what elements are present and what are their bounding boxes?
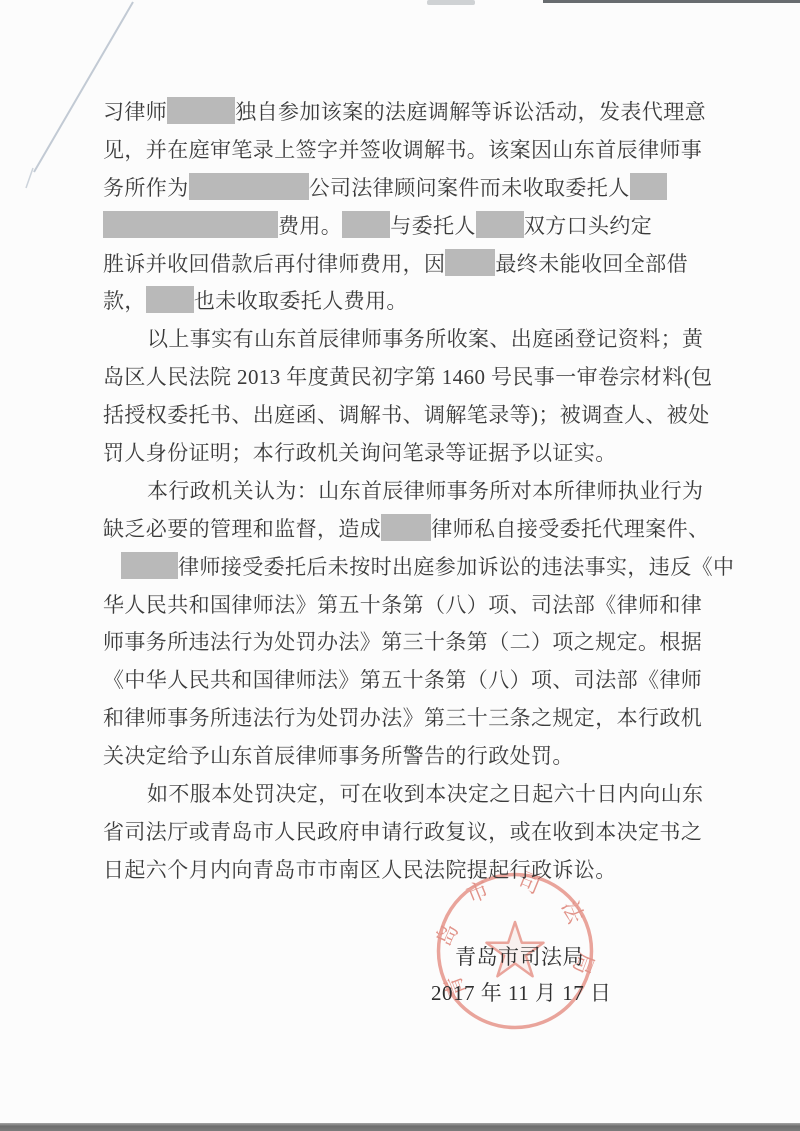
- text-line: 关决定给予山东首辰律师事务所警告的行政处罚。: [103, 738, 715, 776]
- text-segment: 括授权委托书、出庭函、调解书、调解笔录等)；被调查人、被处: [103, 403, 710, 427]
- text-segment: 独自参加该案的法庭调解等诉讼活动，发表代理意: [235, 100, 706, 124]
- text-segment: 费用。: [278, 214, 342, 238]
- text-segment: 日起六个月内向青岛市市南区人民法院提起行政诉讼。: [103, 858, 617, 882]
- text-segment: 律师私自接受委托代理案件、: [431, 517, 709, 541]
- text-line: 师事务所违法行为处罚办法》第三十条第（二）项之规定。根据: [103, 624, 715, 662]
- text-segment: 双方口头约定: [524, 214, 652, 238]
- text-segment: 罚人身份证明；本行政机关询问笔录等证据予以证实。: [103, 441, 617, 465]
- redaction-box: [121, 552, 178, 579]
- scan-artifact-paper-edge: [0, 0, 170, 200]
- redaction-box: [630, 173, 667, 200]
- text-segment: 本行政机关认为：山东首辰律师事务所对本所律师执业行为: [147, 479, 703, 503]
- text-segment: 师事务所违法行为处罚办法》第三十条第（二）项之规定。根据: [103, 630, 702, 654]
- text-line: 《中华人民共和国律师法》第五十条第（八）项、司法部《律师: [103, 662, 715, 700]
- text-segment: 和律师事务所违法行为处罚办法》第三十三条之规定，本行政机: [103, 706, 702, 730]
- redaction-box: [167, 97, 235, 124]
- text-line: 律师接受委托后未按时出庭参加诉讼的违法事实，违反《中: [103, 549, 715, 587]
- text-line: 胜诉并收回借款后再付律师费用，因最终未能收回全部借: [103, 246, 715, 284]
- scan-artifact-bottom-edge: [0, 1123, 800, 1131]
- text-line: 费用。与委托人双方口头约定: [103, 208, 715, 246]
- text-segment: 也未收取委托人费用。: [194, 289, 408, 313]
- text-segment: 《中华人民共和国律师法》第五十条第（八）项、司法部《律师: [103, 668, 702, 692]
- text-segment: 如不服本处罚决定，可在收到本决定之日起六十日内向山东: [147, 782, 703, 806]
- text-line: 见，并在庭审笔录上签字并签收调解书。该案因山东首辰律师事: [103, 132, 715, 170]
- redaction-box: [189, 173, 309, 200]
- text-segment: 律师接受委托后未按时出庭参加诉讼的违法事实，违反《中: [178, 555, 734, 579]
- text-segment: 最终未能收回全部借: [495, 252, 688, 276]
- text-line: 务所作为公司法律顾问案件而未收取委托人: [103, 170, 715, 208]
- text-line: 日起六个月内向青岛市市南区人民法院提起行政诉讼。: [103, 852, 715, 890]
- text-line: 以上事实有山东首辰律师事务所收案、出庭函登记资料；黄: [103, 321, 715, 359]
- scanned-document-page: { "page": { "background_color": "#fcfcfc…: [0, 0, 800, 1131]
- text-line: 本行政机关认为：山东首辰律师事务所对本所律师执业行为: [103, 473, 715, 511]
- scan-artifact-top-line: [543, 0, 800, 3]
- text-segment: 省司法厅或青岛市人民政府申请行政复议，或在收到本决定书之: [103, 820, 702, 844]
- text-line: 如不服本处罚决定，可在收到本决定之日起六十日内向山东: [103, 776, 715, 814]
- text-line: 华人民共和国律师法》第五十条第（八）项、司法部《律师和律: [103, 587, 715, 625]
- text-segment: 华人民共和国律师法》第五十条第（八）项、司法部《律师和律: [103, 593, 702, 617]
- issuer-signature: 青岛市司法局: [455, 941, 675, 971]
- scan-artifact-top-smudge: [427, 0, 475, 5]
- redaction-box: [445, 249, 495, 276]
- text-line: 括授权委托书、出庭函、调解书、调解笔录等)；被调查人、被处: [103, 397, 715, 435]
- text-segment: 与委托人: [390, 214, 476, 238]
- text-segment: 岛区人民法院 2013 年度黄民初字第 1460 号民事一审卷宗材料(包: [103, 365, 712, 389]
- redaction-box: [342, 211, 390, 238]
- text-segment: 见，并在庭审笔录上签字并签收调解书。该案因山东首辰律师事: [103, 138, 702, 162]
- issue-date: 2017 年 11 月 17 日: [431, 977, 691, 1007]
- text-segment: 款，: [103, 289, 146, 313]
- text-segment: 公司法律顾问案件而未收取委托人: [309, 176, 630, 200]
- redaction-box: [146, 286, 194, 313]
- text-line: 岛区人民法院 2013 年度黄民初字第 1460 号民事一审卷宗材料(包: [103, 359, 715, 397]
- redaction-box: [476, 211, 524, 238]
- text-line: 缺乏必要的管理和监督，造成律师私自接受委托代理案件、: [103, 511, 715, 549]
- text-segment: 胜诉并收回借款后再付律师费用，因: [103, 252, 445, 276]
- text-segment: 关决定给予山东首辰律师事务所警告的行政处罚。: [103, 744, 574, 768]
- redaction-box: [103, 211, 278, 238]
- text-line: 罚人身份证明；本行政机关询问笔录等证据予以证实。: [103, 435, 715, 473]
- text-line: 款，也未收取委托人费用。: [103, 283, 715, 321]
- redaction-box: [381, 514, 431, 541]
- text-line: 习律师独自参加该案的法庭调解等诉讼活动，发表代理意: [103, 94, 715, 132]
- text-line: 和律师事务所违法行为处罚办法》第三十三条之规定，本行政机: [103, 700, 715, 738]
- text-segment: 以上事实有山东首辰律师事务所收案、出庭函登记资料；黄: [147, 327, 703, 351]
- text-segment: 缺乏必要的管理和监督，造成: [103, 517, 381, 541]
- text-line: 省司法厅或青岛市人民政府申请行政复议，或在收到本决定书之: [103, 814, 715, 852]
- document-body: 习律师独自参加该案的法庭调解等诉讼活动，发表代理意见，并在庭审笔录上签字并签收调…: [103, 94, 715, 890]
